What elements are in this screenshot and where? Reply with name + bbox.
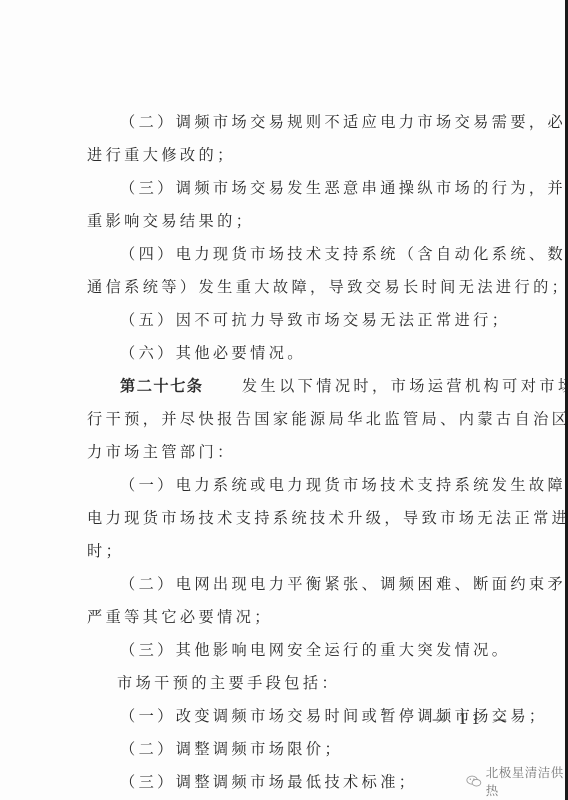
- watermark-text: 北极星清洁供热: [486, 763, 565, 799]
- page-number: — 11 —: [432, 712, 511, 728]
- paragraph-line: （二）调整调频市场限价；: [120, 739, 343, 759]
- paragraph-line: （三）调整调频市场最低技术标准；: [120, 772, 417, 792]
- paragraph-line: （三）其他影响电网安全运行的重大突发情况。: [120, 640, 510, 660]
- wechat-icon: [466, 774, 482, 788]
- paragraph-line: 通信系统等）发生重大故障，导致交易长时间无法进行的；: [87, 277, 568, 297]
- article-title: 第二十七条: [120, 377, 203, 395]
- paragraph-line: （二）电网出现电力平衡紧张、调频困难、断面约束矛盾: [120, 574, 568, 594]
- paragraph-line: 市场干预的主要手段包括：: [117, 673, 340, 693]
- article-first-line: 发生以下情况时，市场运营机构可对市场进: [242, 377, 568, 395]
- watermark: 北极星清洁供热: [466, 763, 565, 799]
- paragraph-line: （二）调频市场交易规则不适应电力市场交易需要，必须: [120, 112, 568, 132]
- paragraph-line: 重影响交易结果的；: [87, 211, 254, 231]
- paragraph-line: 力市场主管部门：: [87, 442, 236, 462]
- paragraph-line: 时；: [87, 541, 124, 561]
- paragraph-line: （六）其他必要情况。: [120, 343, 306, 363]
- paragraph-line: 进行重大修改的；: [87, 145, 236, 165]
- paragraph-line: 行干预，并尽快报告国家能源局华北监管局、内蒙古自治区电: [87, 409, 568, 429]
- article-heading-line: 第二十七条 发生以下情况时，市场运营机构可对市场进: [120, 376, 568, 396]
- paragraph-line: （五）因不可抗力导致市场交易无法正常进行；: [120, 310, 510, 330]
- document-page: （二）调频市场交易规则不适应电力市场交易需要，必须 进行重大修改的； （三）调频…: [0, 0, 565, 800]
- paragraph-line: 严重等其它必要情况；: [87, 607, 273, 627]
- paragraph-line: 电力现货市场技术支持系统技术升级，导致市场无法正常进行: [87, 508, 568, 528]
- paragraph-line: （四）电力现货市场技术支持系统（含自动化系统、数据: [120, 244, 568, 264]
- paragraph-line: （三）调频市场交易发生恶意串通操纵市场的行为，并严: [120, 178, 568, 198]
- paragraph-line: （一）电力系统或电力现货市场技术支持系统发生故障、: [120, 475, 568, 495]
